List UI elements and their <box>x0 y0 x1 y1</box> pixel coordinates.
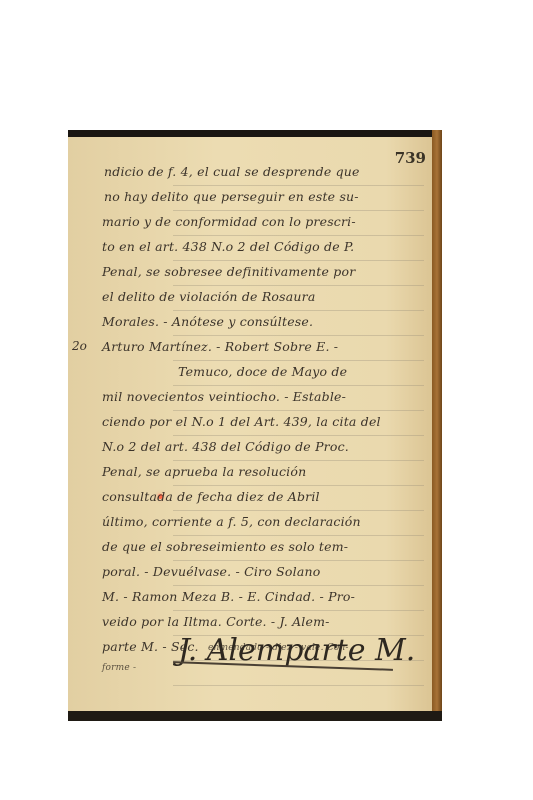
margin-entry-marker: 2o <box>72 339 87 353</box>
text-line: de que el sobreseimiento es solo tem- <box>102 534 348 559</box>
text-line: poral. - Devuélvase. - Ciro Solano <box>102 559 320 584</box>
text-line: Penal, se sobresee definitivamente por <box>102 259 355 284</box>
text-line: último, corriente a f. 5, con declaració… <box>102 509 361 534</box>
text-line: to en el art. 438 N.o 2 del Código de P. <box>102 234 354 259</box>
text-line: veido por la Iltma. Corte. - J. Alem- <box>102 609 330 634</box>
text-line: mil novecientos veintiocho. - Estable- <box>102 384 346 409</box>
book-edge <box>432 130 442 721</box>
text-line: no hay delito que perseguir en este su- <box>104 184 359 209</box>
page-number: 739 <box>395 149 426 167</box>
text-line: Morales. - Anótese y consúltese. <box>102 309 313 334</box>
ledger-page: 739 ndicio de f. 4, el cual se desprende… <box>68 137 442 713</box>
text-line: mario y de conformidad con lo prescri- <box>102 209 356 234</box>
text-line: M. - Ramon Meza B. - E. Cindad. - Pro- <box>102 584 355 609</box>
text-line: consultada de fecha diez de Abril <box>102 484 320 509</box>
text-line: Temuco, doce de Mayo de <box>178 359 347 384</box>
text-line: ndicio de f. 4, el cual se desprende que <box>104 159 360 184</box>
text-line: Arturo Martínez. - Robert Sobre E. - <box>102 334 338 359</box>
text-line: el delito de violación de Rosaura <box>102 284 316 309</box>
document-photo: 739 ndicio de f. 4, el cual se desprende… <box>68 130 442 721</box>
text-line: Penal, se aprueba la resolución <box>102 459 306 484</box>
text-line: ciendo por el N.o 1 del Art. 439, la cit… <box>102 409 381 434</box>
text-line: forme - <box>102 656 136 681</box>
bottom-shadow <box>68 711 442 721</box>
text-line: N.o 2 del art. 438 del Código de Proc. <box>102 434 349 459</box>
